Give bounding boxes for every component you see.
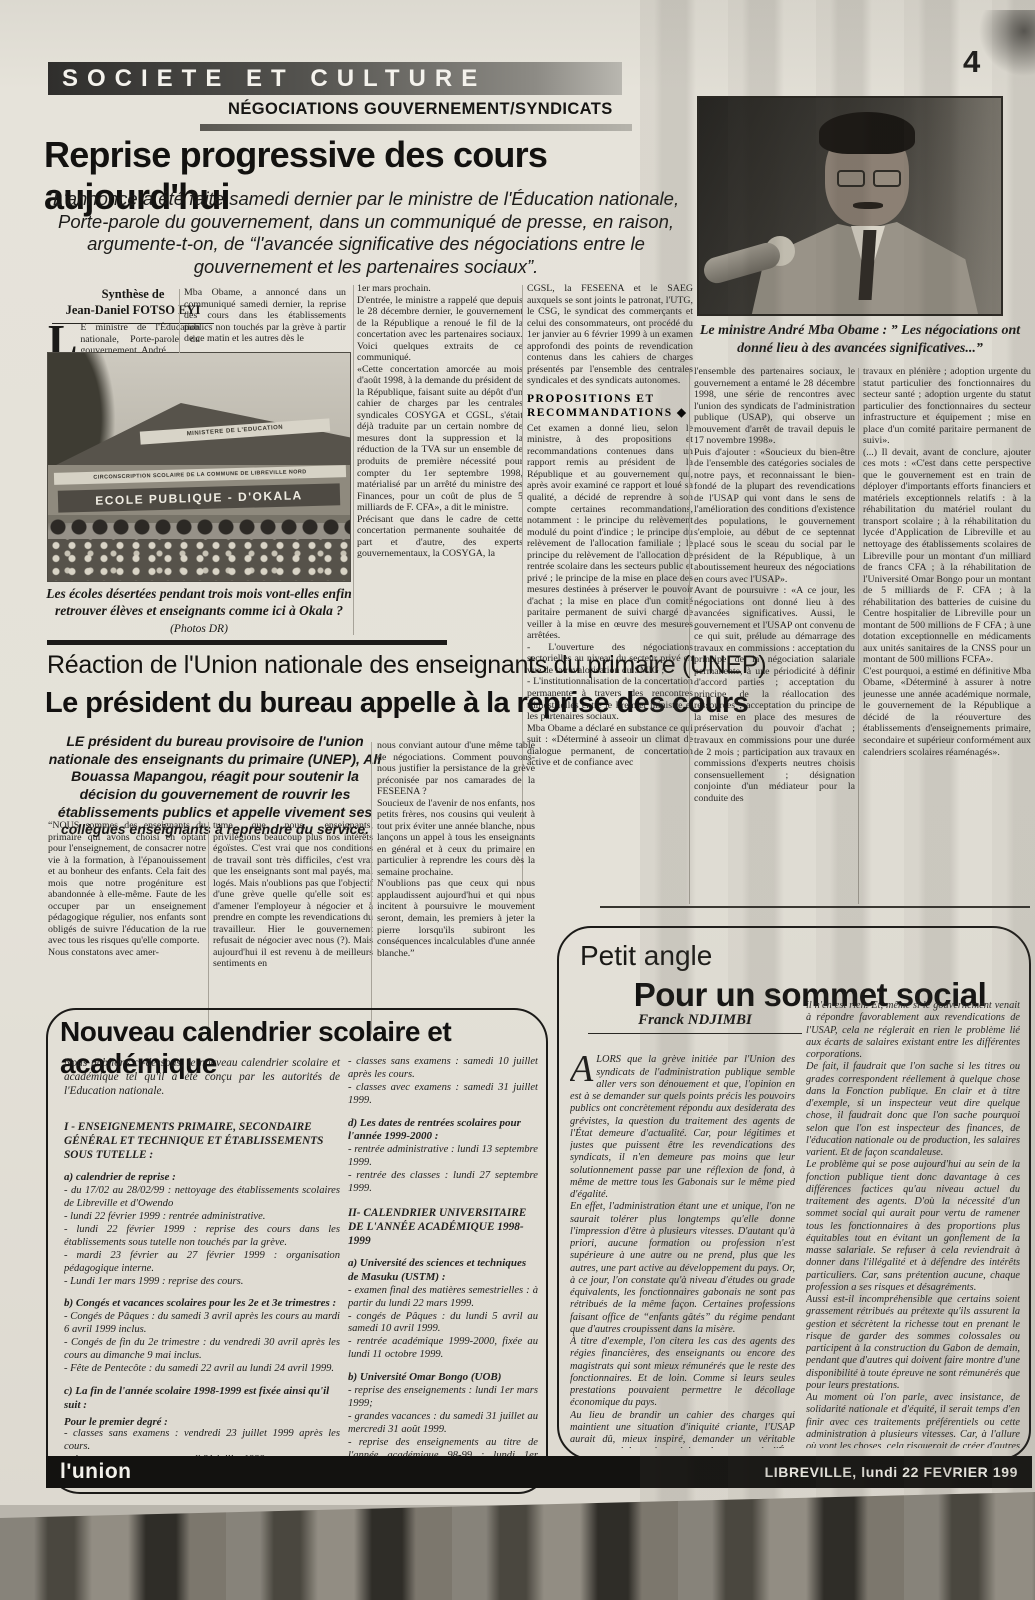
minister-photo: [697, 96, 1003, 316]
column-rule: [179, 289, 180, 353]
unep-column-1: “NOUS sommes des enseignants du primaire…: [48, 820, 206, 1032]
school-photo: MINISTERE DE L'EDUCATION CIRCONSCRIPTION…: [47, 352, 351, 582]
school-sign-line2: ECOLE PUBLIQUE - D'OKALA: [58, 483, 340, 512]
footer-brand: l'union: [60, 1460, 131, 1484]
dappled-foreground: [48, 539, 350, 582]
calendar-intro: Nous publions ci-dessous, le nouveau cal…: [64, 1056, 340, 1098]
portrait-hair: [819, 112, 915, 154]
body-column-4b: Cet examen a donné lieu, selon le minist…: [527, 423, 693, 863]
petit-angle-column-1: ALORS que la grève initiée par l'Union d…: [570, 1042, 795, 1448]
calendar-entry: - examen final des matières semestrielle…: [348, 1285, 538, 1363]
calendar-entry: b) Congés et vacances scolaires pour les…: [64, 1297, 340, 1311]
minister-photo-caption: Le ministre André Mba Obame : ” Les négo…: [686, 322, 1034, 357]
footer-bar: l'union LIBREVILLE, lundi 22 FEVRIER 199: [46, 1456, 1032, 1488]
calendar-entry: d) Les dates de rentrées scolaires pour …: [348, 1117, 538, 1145]
main-lede: L'annonce a été faite samedi dernier par…: [40, 188, 692, 278]
unep-kicker: Réaction de l'Union nationale des enseig…: [47, 651, 766, 680]
column-rule: [208, 822, 209, 1030]
glasses-icon: [837, 170, 899, 184]
photo-credit: (Photos DR): [170, 623, 228, 635]
petit-angle-column-1-text: LORS que la grève initiée par l'Union de…: [570, 1054, 795, 1448]
calendar-entry: I - ENSEIGNEMENTS PRIMAIRE, SECONDAIRE G…: [64, 1120, 340, 1162]
calendar-column-left: I - ENSEIGNEMENTS PRIMAIRE, SECONDAIRE G…: [64, 1110, 340, 1482]
column-rule: [689, 368, 690, 904]
mustache-shape: [853, 202, 883, 209]
calendar-entry: b) Université Omar Bongo (UOB): [348, 1371, 538, 1385]
school-photo-caption: Les écoles désertées pendant trois mois …: [38, 586, 360, 637]
school-sign-line1: CIRCONSCRIPTION SCOLAIRE DE LA COMMUNE D…: [54, 465, 346, 485]
section-banner: SOCIETE ET CULTURE: [48, 62, 622, 95]
column-rule: [858, 368, 859, 904]
calendar-entry: - rentrée administrative : lundi 13 sept…: [348, 1144, 538, 1196]
calendar-entry: - classes sans examens : samedi 10 juill…: [348, 1056, 538, 1108]
body-column-4: CGSL, la FESEENA et le SAEG auxquels se …: [527, 283, 693, 905]
newspaper-page: SOCIETE ET CULTURE 4 NÉGOCIATIONS GOUVER…: [0, 0, 1035, 1505]
calendar-entry: a) Université des sciences et techniques…: [348, 1257, 538, 1285]
calendar-entry: II- CALENDRIER UNIVERSITAIRE DE L'ANNÉE …: [348, 1206, 538, 1248]
body-column-1-text: E ministre de l'Éducation nationale, Por…: [80, 322, 200, 356]
body-column-6: travaux en plénière ; adoption urgente d…: [863, 366, 1031, 906]
calendar-entry: - du 17/02 au 28/02/99 : nettoyage des é…: [64, 1185, 340, 1288]
petit-angle-byline: Franck NDJIMBI: [588, 1012, 802, 1034]
calendar-entry: Pour le premier degré :: [64, 1416, 340, 1428]
unep-column-2: tume que nous, enseignants, privilégions…: [213, 820, 373, 1032]
article-kicker: NÉGOCIATIONS GOUVERNEMENT/SYNDICATS: [228, 100, 613, 119]
calendar-entry: - Congés de Pâques : du samedi 3 avril a…: [64, 1311, 340, 1376]
calendar-entry: c) La fin de l'année scolaire 1998-1999 …: [64, 1385, 340, 1413]
drop-cap: A: [570, 1054, 596, 1084]
horizontal-rule: [600, 906, 1030, 908]
proposals-subhead: PROPOSITIONS ET RECOMMANDATIONS ◆: [527, 393, 693, 419]
calendar-entry: a) calendrier de reprise :: [64, 1171, 340, 1185]
column-rule: [371, 742, 372, 1034]
body-column-3: 1er mars prochain. D'entrée, le ministre…: [357, 283, 523, 637]
section-divider-rule: [47, 640, 447, 645]
petit-angle-kicker: Petit angle: [580, 940, 712, 972]
column-rule: [353, 285, 354, 635]
school-caption-text: Les écoles désertées pendant trois mois …: [46, 586, 352, 618]
crowd-silhouettes: [48, 515, 350, 541]
body-column-4a: CGSL, la FESEENA et le SAEG auxquels se …: [527, 283, 693, 387]
unep-column-3: nous conviant autour d'une même table de…: [377, 740, 535, 1036]
footer-dateline: LIBREVILLE, lundi 22 FEVRIER 199: [765, 1464, 1018, 1480]
scan-smudge: [975, 10, 1035, 80]
calendar-column-right: - classes sans examens : samedi 10 juill…: [348, 1056, 538, 1484]
unep-headline: Le président du bureau appelle à la repr…: [45, 687, 748, 720]
kicker-underline: [200, 124, 632, 131]
petit-angle-column-2: il n'en est rien. Et, même si le gouvern…: [806, 1000, 1020, 1448]
body-column-5: l'ensemble des partenaires sociaux, le g…: [694, 366, 855, 906]
